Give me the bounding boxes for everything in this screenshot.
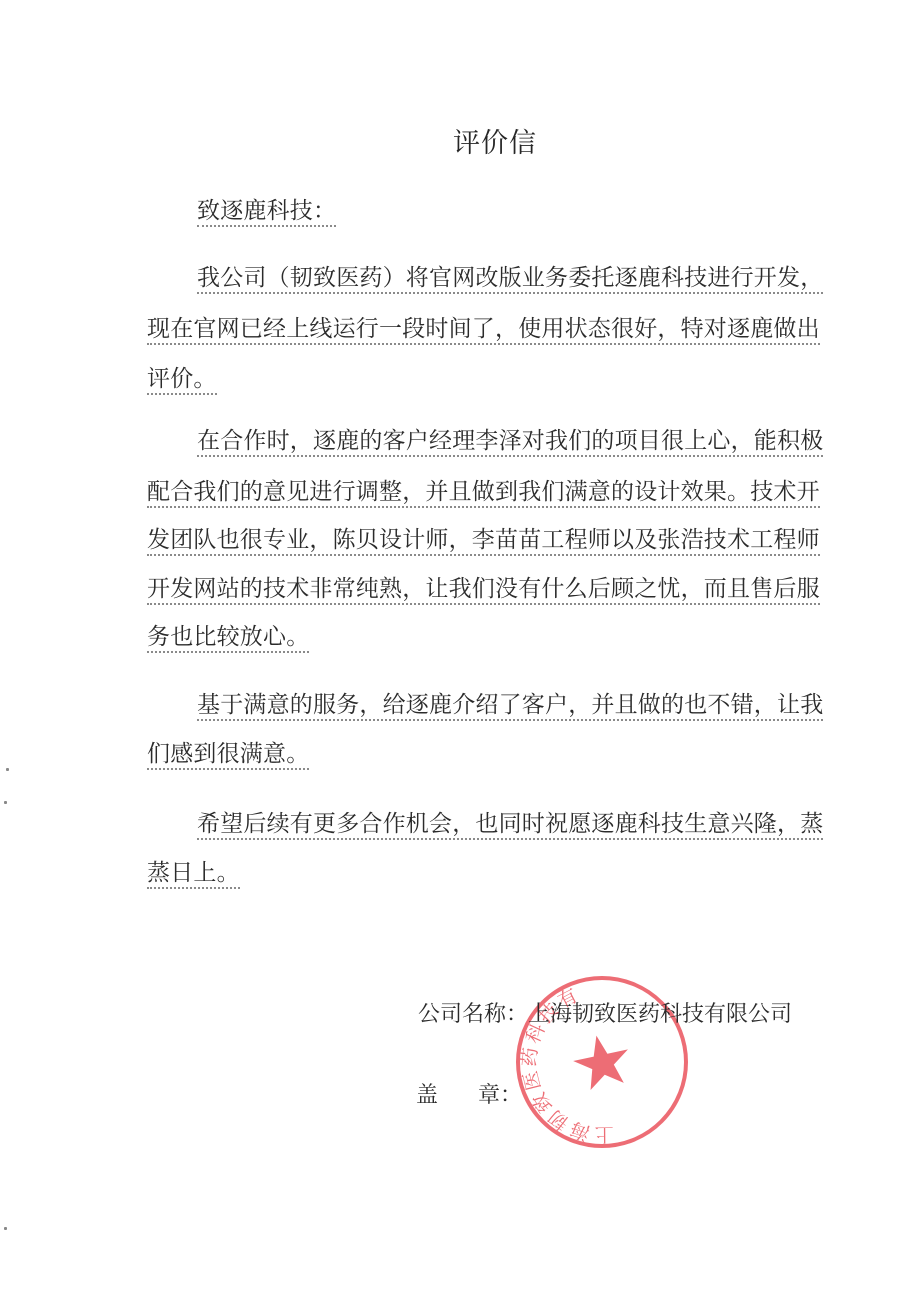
line-text: 配合我们的意见进行调整，并且做到我们满意的设计效果。技术开 xyxy=(147,479,820,508)
line-text: 务也比较放心。 xyxy=(147,624,309,653)
line-text: 们感到很满意。 xyxy=(147,741,309,770)
scan-speck xyxy=(4,1227,7,1230)
company-name-value: 上海韧致医药科技有限公司 xyxy=(528,1002,792,1027)
paragraph-2-line-3: 发团队也很专业，陈贝设计师，李苗苗工程师以及张浩技术工程师 xyxy=(147,525,820,555)
line-text: 在合作时，逐鹿的客户经理李泽对我们的项目很上心，能积极 xyxy=(197,428,823,457)
line-text: 开发网站的技术非常纯熟，让我们没有什么后顾之忧，而且售后服 xyxy=(147,576,820,605)
company-name-row: 公司名称：上海韧致医药科技有限公司 xyxy=(418,997,792,1028)
star-icon xyxy=(569,1030,635,1093)
greeting-text: 致逐鹿科技： xyxy=(197,198,336,227)
line-text: 现在官网已经上线运行一段时间了，使用状态很好，特对逐鹿做出 xyxy=(147,316,820,345)
paragraph-2-line-1: 在合作时，逐鹿的客户经理李泽对我们的项目很上心，能积极 xyxy=(197,426,823,456)
greeting: 致逐鹿科技： xyxy=(197,196,336,226)
paragraph-2-line-4: 开发网站的技术非常纯熟，让我们没有什么后顾之忧，而且售后服 xyxy=(147,574,820,604)
seal-label-1: 盖 xyxy=(416,1083,438,1108)
page-title: 评价信 xyxy=(0,121,912,160)
company-name-label: 公司名称： xyxy=(418,1002,528,1027)
line-text: 发团队也很专业，陈贝设计师，李苗苗工程师以及张浩技术工程师 xyxy=(147,527,820,556)
line-text: 蒸日上。 xyxy=(147,860,240,889)
paragraph-2-line-2: 配合我们的意见进行调整，并且做到我们满意的设计效果。技术开 xyxy=(147,477,820,507)
line-text: 评价。 xyxy=(147,366,217,395)
paragraph-1-line-1: 我公司（韧致医药）将官网改版业务委托逐鹿科技进行开发， xyxy=(197,263,823,293)
paragraph-2-line-5: 务也比较放心。 xyxy=(147,622,309,652)
scan-speck xyxy=(4,801,7,804)
line-text: 我公司（韧致医药）将官网改版业务委托逐鹿科技进行开发， xyxy=(197,265,823,294)
paragraph-3-line-2: 们感到很满意。 xyxy=(147,739,309,769)
seal-row: 盖章： xyxy=(416,1078,522,1109)
letter-page: 评价信 致逐鹿科技： 我公司（韧致医药）将官网改版业务委托逐鹿科技进行开发， 现… xyxy=(0,0,912,1289)
paragraph-4-line-1: 希望后续有更多合作机会，也同时祝愿逐鹿科技生意兴隆，蒸 xyxy=(197,809,823,839)
paragraph-4-line-2: 蒸日上。 xyxy=(147,858,240,888)
scan-speck xyxy=(6,768,9,771)
paragraph-1-line-3: 评价。 xyxy=(147,364,217,394)
paragraph-1-line-2: 现在官网已经上线运行一段时间了，使用状态很好，特对逐鹿做出 xyxy=(147,314,820,344)
line-text: 基于满意的服务，给逐鹿介绍了客户，并且做的也不错，让我 xyxy=(197,692,823,721)
line-text: 希望后续有更多合作机会，也同时祝愿逐鹿科技生意兴隆，蒸 xyxy=(197,811,823,840)
paragraph-3-line-1: 基于满意的服务，给逐鹿介绍了客户，并且做的也不错，让我 xyxy=(197,690,823,720)
seal-label-2: 章： xyxy=(478,1083,522,1108)
